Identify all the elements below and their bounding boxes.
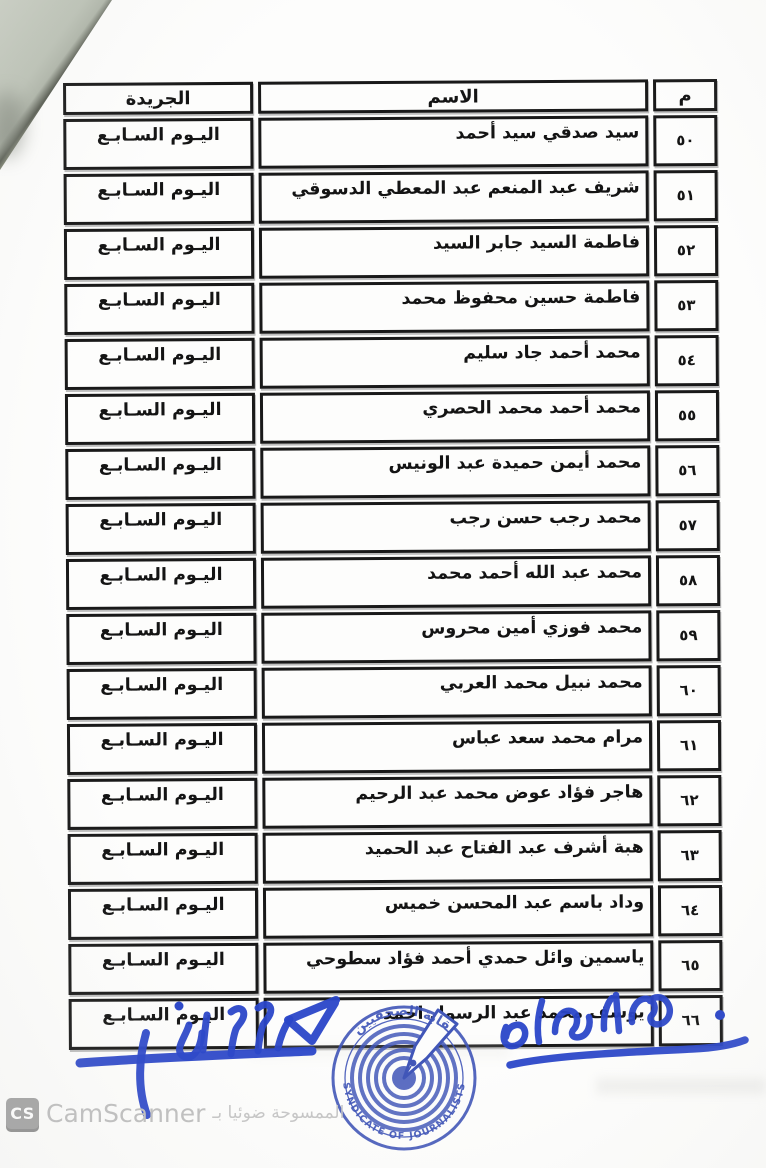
cell-name: محمد عبد الله أحمد محمد [261,555,651,608]
cell-number: ٥٧ [656,500,720,551]
cell-newspaper: اليـوم السـابـع [65,393,255,445]
cell-newspaper: اليـوم السـابـع [63,118,253,170]
cell-name: شريف عبد المنعم عبد المعطي الدسوقي [259,170,649,223]
cell-number: ٦٣ [658,830,722,881]
cell-number: ٥٤ [655,335,719,386]
table-row: ٥٩ محمد فوزي أمين محروس اليـوم السـابـع [66,610,720,665]
cell-number: ٥٩ [656,610,720,661]
cell-number: ٥٨ [656,555,720,606]
cell-name: هاجر فؤاد عوض محمد عبد الرحيم [262,775,652,828]
table-row: ٥٢ فاطمة السيد جابر السيد اليـوم السـابـ… [64,225,718,280]
cell-newspaper: اليـوم السـابـع [65,338,255,390]
table-row: ٦٣ هبة أشرف عبد الفتاح عبد الحميد اليـوم… [68,830,722,885]
header-newspaper: الجريدة [63,82,253,115]
cell-number: ٥٢ [654,225,718,276]
camscanner-logo-icon: CS [6,1098,39,1129]
cell-name: سيد صدقي سيد أحمد [258,115,648,168]
cell-newspaper: اليـوم السـابـع [64,283,254,335]
table-row: ٥٦ محمد أيمن حميدة عبد الونيس اليـوم الس… [65,445,719,500]
cell-number: ٥٣ [654,280,718,331]
cell-name: هبة أشرف عبد الفتاح عبد الحميد [263,830,653,883]
table-row: ٥٥ محمد أحمد محمد الحصري اليـوم السـابـع [65,390,719,445]
cell-name: فاطمة حسين محفوظ محمد [259,280,649,333]
cell-number: ٦٥ [658,940,722,991]
signature-right [492,985,762,1085]
table-row: ٥٣ فاطمة حسين محفوظ محمد اليـوم السـابـع [64,280,718,335]
table-row: ٦٠ محمد نبيل محمد العربي اليـوم السـابـع [67,665,721,720]
cell-newspaper: اليـوم السـابـع [68,833,258,885]
table-row: ٥٨ محمد عبد الله أحمد محمد اليـوم السـاب… [66,555,720,610]
cell-newspaper: اليـوم السـابـع [65,448,255,500]
table-row: ٥٤ محمد أحمد جاد سليم اليـوم السـابـع [65,335,719,390]
cell-newspaper: اليـوم السـابـع [64,173,254,225]
cell-newspaper: اليـوم السـابـع [68,888,258,940]
cell-number: ٥١ [654,170,718,221]
table-row: ٦١ مرام محمد سعد عباس اليـوم السـابـع [67,720,721,775]
cell-name: محمد أحمد محمد الحصري [260,390,650,443]
cell-number: ٦٢ [657,775,721,826]
table-row: ٦٢ هاجر فؤاد عوض محمد عبد الرحيم اليـوم … [67,775,721,830]
cell-name: فاطمة السيد جابر السيد [259,225,649,278]
cell-newspaper: اليـوم السـابـع [67,778,257,830]
cell-number: ٥٥ [655,390,719,441]
cell-number: ٥٦ [655,445,719,496]
cell-name: محمد رجب حسن رجب [261,500,651,553]
table-body: ٥٠ سيد صدقي سيد أحمد اليـوم السـابـع ٥١ … [63,115,723,1050]
cell-number: ٦٠ [657,665,721,716]
table-row: ٥٠ سيد صدقي سيد أحمد اليـوم السـابـع [63,115,717,170]
table-row: ٥٧ محمد رجب حسن رجب اليـوم السـابـع [66,500,720,555]
table-row: ٦٤ وداد باسم عبد المحسن خميس اليـوم السـ… [68,885,722,940]
cell-name: محمد أحمد جاد سليم [260,335,650,388]
table-header: م الاسم الجريدة [63,79,717,115]
cell-newspaper: اليـوم السـابـع [66,558,256,610]
journalists-table: م الاسم الجريدة ٥٠ سيد صدقي سيد أحمد الي… [58,75,728,1054]
scanned-document-page: م الاسم الجريدة ٥٠ سيد صدقي سيد أحمد الي… [0,0,766,1168]
camscanner-arabic-caption: الممسوحة ضوئيا بـ [212,1103,344,1123]
cell-number: ٦١ [657,720,721,771]
journalists-table-wrap: م الاسم الجريدة ٥٠ سيد صدقي سيد أحمد الي… [58,75,728,1054]
cell-newspaper: اليـوم السـابـع [67,723,257,775]
camscanner-watermark: CS CamScanner الممسوحة ضوئيا بـ [6,1096,344,1130]
header-number: م [653,79,717,111]
cell-name: محمد فوزي أمين محروس [261,610,651,663]
cell-newspaper: اليـوم السـابـع [66,503,256,555]
cell-newspaper: اليـوم السـابـع [64,228,254,280]
cell-name: محمد نبيل محمد العربي [262,665,652,718]
table-row: ٥١ شريف عبد المنعم عبد المعطي الدسوقي ال… [64,170,718,225]
cell-name: محمد أيمن حميدة عبد الونيس [260,445,650,498]
cell-name: مرام محمد سعد عباس [262,720,652,773]
cell-name: وداد باسم عبد المحسن خميس [263,885,653,938]
cell-newspaper: اليـوم السـابـع [67,668,257,720]
cell-number: ٥٠ [653,115,717,166]
cell-number: ٦٤ [658,885,722,936]
camscanner-app-name: CamScanner [46,1099,205,1128]
cell-newspaper: اليـوم السـابـع [66,613,256,665]
header-name: الاسم [258,79,648,113]
